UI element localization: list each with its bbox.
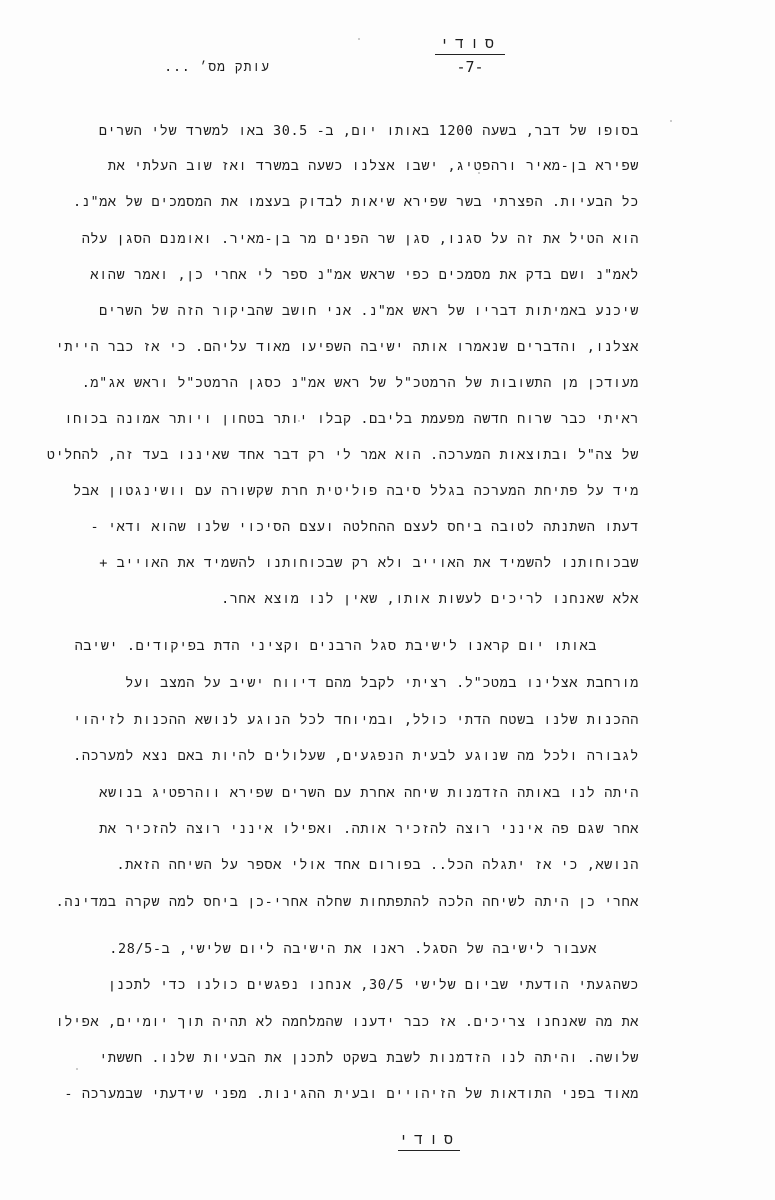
text-line: שבכוחותנו להשמיד את האוייב ולא רק שבכוחו…	[99, 554, 639, 572]
classification-footer: סודי	[398, 1130, 460, 1151]
text-line: אחר שגם פה אינני רוצה להזכיר אותה. ואפיל…	[99, 820, 639, 838]
text-line: הוא הטיל את זה על סגנו, סגן שר הפנים מר …	[82, 230, 639, 248]
text-line: מיד על פתיחת המערכה בגלל סיבה פוליטית חר…	[73, 482, 639, 500]
copy-number-label: עותק מס׳ ...	[120, 60, 270, 75]
text-line: מעודכן מן התשובות של הרמטכ"ל של ראש אמ"נ…	[82, 374, 639, 392]
text-line: בסופו של דבר, בשעה 1200 באותו יום, ב- 30…	[99, 122, 639, 140]
scan-speck	[478, 172, 480, 174]
text-line: לגבורה ולכל מה שנוגע לבעית הנפגעים, שעלו…	[73, 747, 639, 765]
text-line: של צה"ל ובתוצאות המערכה. הוא אמר לי רק ד…	[47, 446, 639, 464]
text-line: שיכנע באמיתות דבריו של ראש אמ"נ. אני חוש…	[99, 302, 639, 320]
text-line: את מה שאנחנו צריכים. אז כבר ידענו שהמלחמ…	[56, 1013, 639, 1031]
scan-speck	[670, 120, 672, 122]
text-line: באותו יום קראנו לישיבת סגל הרבנים וקציני…	[75, 637, 597, 655]
text-line: לאמ"נ ושם בדק את מסמכים כפי שראש אמ"נ ספ…	[90, 266, 639, 284]
text-line: אעבור לישיבה של הסגל. ראנו את הישיבה ליו…	[109, 940, 597, 958]
text-line: הנושא, כי אז יתגלה הכל.. בפורום אחד אולי…	[117, 856, 639, 874]
document-page: סודי -7- עותק מס׳ ... בסופו של דבר, בשעה…	[0, 0, 775, 1200]
text-line: ההכנות שלנו בשטח הדתי כולל, ובמיוחד לכל …	[73, 711, 639, 729]
text-line: כל הבעיות. הפצרתי בשר שפירא שיאות לבדוק …	[73, 193, 639, 211]
text-line: היתה לנו באותה הזדמנות שיחה אחרת עם השרי…	[99, 784, 639, 802]
scan-speck	[298, 420, 300, 422]
text-line: אחרי כן היתה לשיחה הלכה להתפתחות שחלה אח…	[56, 893, 639, 911]
text-line: שלושה. והיתה לנו הזדמנות לשבת בשקט לתכנן…	[99, 1049, 639, 1067]
scan-speck	[76, 1068, 78, 1070]
scan-speck	[358, 38, 360, 40]
text-line: מורחבת אצלינו במטכ"ל. רציתי לקבל מהם דיו…	[125, 674, 639, 692]
classification-header: סודי	[435, 34, 505, 55]
text-line: אצלנו, והדברים שנאמרו אותה ישיבה השפיעו …	[56, 338, 639, 356]
text-line: דעתו השתנתה לטובה ביחס לעצם ההחלטה ועצם …	[91, 518, 640, 536]
text-line: ראיתי כבר שרוח חדשה מפעמת בליבם. קבלו יו…	[64, 410, 639, 428]
text-line: שפירא בן-מאיר ורהפטיג, ישבו אצלנו כשעה ב…	[108, 157, 639, 175]
page-number: -7-	[440, 58, 500, 76]
text-line: מאוד בפני התודאות של הזיהויים ובעית ההגי…	[64, 1085, 639, 1103]
text-line: אלא שאנחנו לריכים לעשות אותו, שאין לנו מ…	[221, 590, 639, 608]
text-line: כשהגעתי הודעתי שביום שלישי 30/5, אנחנו נ…	[108, 976, 639, 994]
